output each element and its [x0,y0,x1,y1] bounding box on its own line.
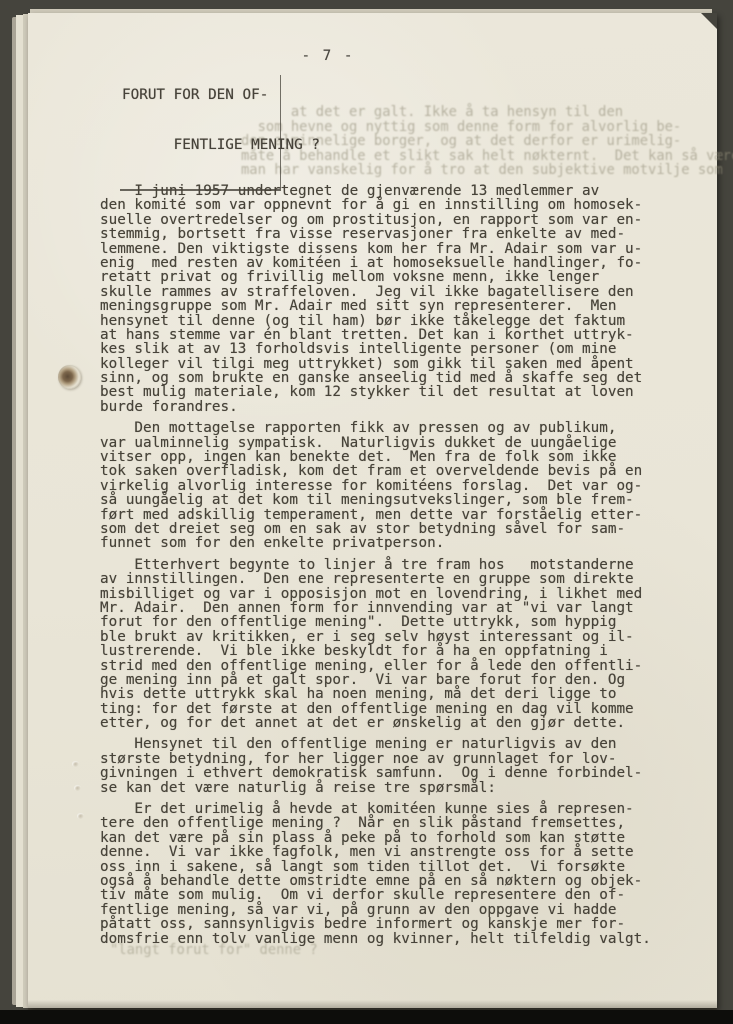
document-page: at det er galt. Ikke å ta hensyn til den… [28,13,717,1008]
text-line: skulle rammes av straffeloven. Jeg vil i… [100,285,690,299]
paragraph: Den mottagelse rapporten fikk av pressen… [100,421,690,551]
text-line: forut for den offentlige mening". Dette … [100,615,690,629]
text-line: oss inn i sakene, så langt som tiden til… [100,860,690,874]
text-line: hvis dette uttrykk skal ha noen mening, … [100,687,690,701]
binding-mark [74,785,81,791]
text-line: den komité som var oppnevnt for å gi en … [100,198,690,212]
bleedthrough-line: som hevne og nyttig som denne form for a… [241,120,721,135]
text-line: kolleger vil tilgi meg uttrykket) som gi… [100,357,690,371]
text-line: så uungåelig at det kom til meningsutvek… [100,493,690,507]
text-line: var ualminnelig sympatisk. Naturligvis d… [100,436,690,450]
text-line: retatt privat og frivillig mellom voksne… [100,270,690,284]
text-line: enig med resten av komitéen i at homosek… [100,256,690,270]
paragraph: Hensynet til den offentlige mening er na… [100,737,690,795]
text-line: tere den offentlige mening ? Når en slik… [100,816,690,830]
section-heading: FORUT FOR DEN OF- FENTLIGE MENING ? [120,75,281,191]
text-line: ført med adskillig temperament, men dett… [100,508,690,522]
text-line: etter, og for det annet at det er ønskel… [100,716,690,730]
scan-background: at det er galt. Ikke å ta hensyn til den… [0,0,733,1024]
text-line: Hensynet til den offentlige mening er na… [100,737,690,751]
binding-mark [72,761,79,767]
text-line: suelle overtredelser og om prostitusjon,… [100,213,690,227]
binding-mark [77,813,84,819]
document-body: I juni 1957 undertegnet de gjenværende 1… [100,184,690,953]
text-line: Den mottagelse rapporten fikk av pressen… [100,421,690,435]
page-number: - 7 - [268,48,388,64]
paragraph: I juni 1957 undertegnet de gjenværende 1… [100,184,690,414]
heading-line-2: FENTLIGE MENING ? [174,137,320,153]
text-line: største betydning, for her ligger noe av… [100,752,690,766]
text-line: hensynet til denne (og til ham) bør ikke… [100,314,690,328]
text-line: meningsgruppe som Mr. Adair med sitt syn… [100,299,690,313]
text-line: stemmig, bortsett fra visse reservasjone… [100,227,690,241]
text-line: ting: for det første at den offentlige m… [100,702,690,716]
text-line: Etterhvert begynte to linjer å tre fram … [100,558,690,572]
paragraph: Etterhvert begynte to linjer å tre fram … [100,558,690,731]
heading-line-1: FORUT FOR DEN OF- [122,87,268,103]
text-line: som det dreiet seg om en sak av stor bet… [100,522,690,536]
text-line: fentlige mening, så var vi, på grunn av … [100,903,690,917]
bleedthrough-line: man har vanskelig for å tro at den subje… [241,163,721,178]
text-line: tiv måte som mulig. Om vi derfor skulle … [100,888,690,902]
text-line: funnet som for den enkelte privatperson. [100,536,690,550]
text-line: lemmene. Den viktigste dissens kom her f… [100,242,690,256]
text-line: strid med den offentlige mening, eller f… [100,659,690,673]
text-line: se kan det være naturlig å reise tre spø… [100,781,690,795]
text-line: Mr. Adair. Den annen form for innvending… [100,601,690,615]
bleedthrough-text-bottom: "langt forut for" denne ? [110,942,510,958]
text-line: kes slik at av 13 forholdsvis intelligen… [100,342,690,356]
text-line: lustrerende. Vi ble ikke beskyldt for å … [100,644,690,658]
text-line: ble brukt av kritikken, er i seg selv hø… [100,630,690,644]
bleedthrough-line: at det er galt. Ikke å ta hensyn til den [241,105,721,120]
paragraph: Er det urimelig å hevde at komitéen kunn… [100,802,690,946]
text-line: av innstillingen. Den ene representerte … [100,572,690,586]
text-line: best mulig materiale, kom 12 stykker til… [100,385,690,399]
text-line: sinn, og som brukte en ganske anseelig t… [100,371,690,385]
text-line: givningen i ethvert demokratisk samfunn.… [100,766,690,780]
text-line: tok saken overfladisk, kom det fram et o… [100,464,690,478]
text-line: burde forandres. [100,400,690,414]
text-line: denne. Vi var ikke fagfolk, men vi anstr… [100,845,690,859]
text-line: påtatt oss, sannsynligvis bedre informer… [100,917,690,931]
page-corner-clip [701,13,717,29]
text-line: misbilliget og var i opposisjon mot en l… [100,587,690,601]
text-line: at hans stemme var én blant tretten. Det… [100,328,690,342]
scan-edge-band [0,1010,733,1024]
punch-hole [58,365,81,389]
